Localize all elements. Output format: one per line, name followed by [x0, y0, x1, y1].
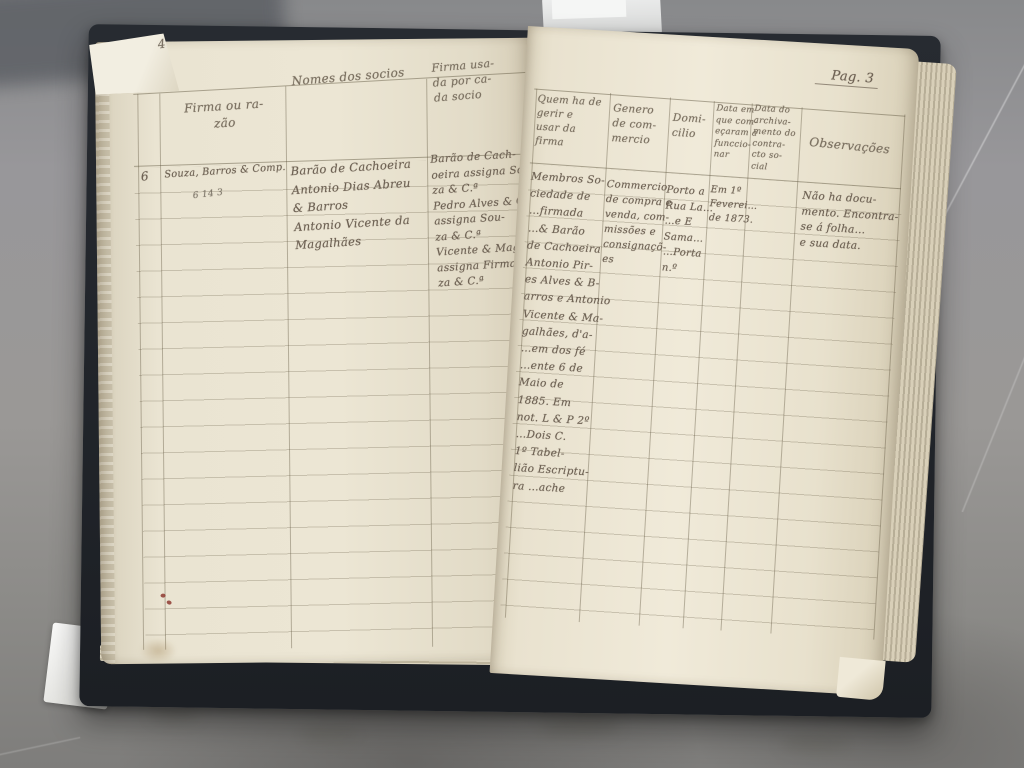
header-nomes-dos-socios: Nomes dos socios	[291, 63, 432, 88]
paper-slip-top-small	[552, 0, 627, 19]
folio-number: Pag. 3	[815, 67, 879, 89]
entry-domicilio: Porto aRua La……e ESama……Portan.º	[661, 183, 708, 278]
right-page-corner-curl	[836, 657, 886, 701]
header-firma-ou-razao: Firma ou ra-zão	[167, 94, 281, 135]
header-data-comecou: Data emque com-eçaram afunccio-nar	[713, 103, 750, 162]
page-stain	[139, 637, 177, 663]
marble-mottle	[780, 736, 850, 752]
header-observacoes: Observações	[809, 135, 891, 157]
ledger-left-page: 4 Firma ou ra-zão Nomes dos socios Firma…	[95, 38, 535, 665]
marble-mottle	[150, 708, 200, 722]
photo-scene: 4 Firma ou ra-zão Nomes dos socios Firma…	[0, 0, 1024, 768]
marble-vein	[0, 736, 81, 764]
entry-genero-commercio: Commerciode compra evenda, com-missões e…	[602, 177, 667, 270]
red-ink-mark	[161, 594, 166, 598]
header-domicilio: Domi-cilio	[671, 111, 711, 143]
header-quem-usa-firma: Quem ha degerir eusar dafirma	[535, 93, 608, 153]
entry-number: 6	[140, 169, 149, 184]
header-firma-usada: Firma usa-da por ca-da socio	[431, 53, 530, 106]
entry-socios: Barão de CachoeiraAntonio Dias Abreu& Ba…	[290, 155, 416, 255]
ledger-right-page: Pag. 3 Quem ha degerir eusar dafirma Gen…	[490, 26, 920, 696]
marble-vein	[961, 307, 1024, 512]
entry-observacoes: Não ha docu-mento. Encontra-se á folha…e…	[799, 189, 901, 257]
entry-data-comecou: Em 1ºFeverei…de 1873.	[709, 183, 749, 227]
header-data-archivamento: Data doarchiva-mento docontra-cto so-cia…	[751, 104, 801, 176]
marble-mottle	[540, 716, 620, 736]
marble-mottle	[300, 726, 360, 744]
header-genero-commercio: Generode com-mercio	[611, 101, 668, 149]
